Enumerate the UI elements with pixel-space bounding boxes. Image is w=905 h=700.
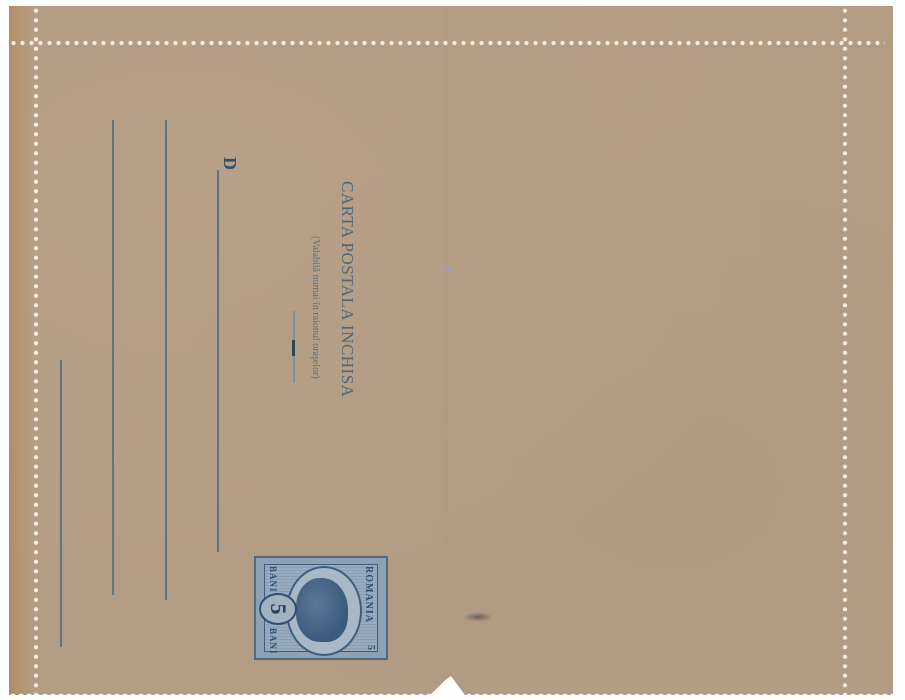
king-portrait-icon <box>296 578 348 642</box>
card-title-block: CARTA POSTALA INCHISA (Valabilă numai în… <box>289 181 409 521</box>
stamp-currency-bottom: BANI <box>268 628 278 668</box>
perforation-left <box>33 6 39 695</box>
address-line-1 <box>60 360 62 647</box>
pin-hole <box>445 267 451 273</box>
card-title: CARTA POSTALA INCHISA <box>337 181 357 491</box>
card-subtitle: (Valabilă numai în raionul oraşelor) <box>310 236 321 496</box>
address-line-2 <box>112 120 114 595</box>
center-mark-bar <box>292 340 295 356</box>
ink-smudge <box>463 612 493 622</box>
stamp-corner-value: 5 <box>365 645 376 650</box>
center-fold <box>445 6 448 695</box>
stamp-country: ROMANIA <box>363 566 374 656</box>
torn-corner <box>427 676 467 698</box>
address-line-4 <box>217 170 219 552</box>
stamp-denomination: 5 <box>259 593 297 625</box>
address-line-3 <box>165 120 167 600</box>
perforation-right <box>842 6 848 695</box>
address-prefix-glyph: D <box>219 157 240 170</box>
perforation-top <box>9 40 885 46</box>
edge-stain <box>9 6 31 695</box>
letter-card: D CARTA POSTALA INCHISA (Valabilă numai … <box>9 6 893 695</box>
postage-stamp: BANI 5 BANI ROMANIA 5 <box>254 556 388 660</box>
